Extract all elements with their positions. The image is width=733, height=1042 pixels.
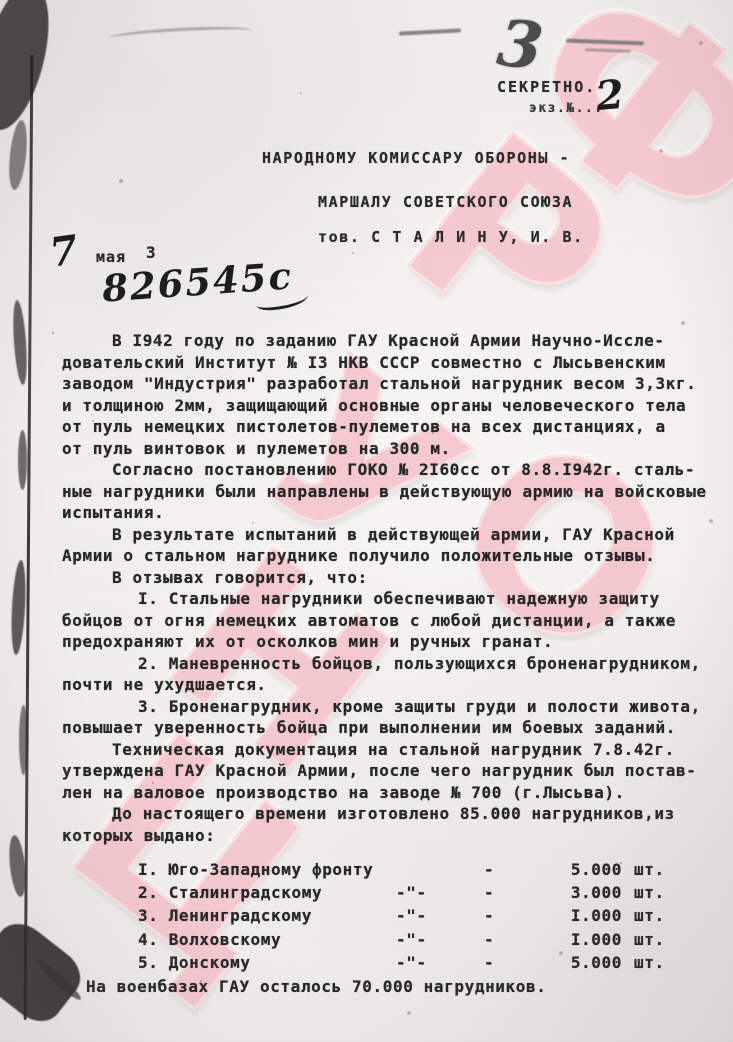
table-cell: 3. Ленинградскому [138, 904, 396, 927]
paragraph: В отзывах говорится, что: [62, 567, 714, 589]
allocation-table: I. Юго-Западному фронту-5.000шт.2. Стали… [62, 858, 714, 974]
table-cell: I. Юго-Западному фронту [138, 858, 396, 881]
text-line: почти не ухудшается. [62, 674, 714, 696]
document-content: 3 СЕКРЕТНО.- экз.№... 2 НАРОДНОМУ КОМИСС… [0, 0, 733, 1042]
table-cell: - [484, 904, 542, 927]
body-text: В I942 году по заданию ГАУ Красной Армии… [62, 330, 714, 998]
paragraph: Согласно постановлению ГОКО № 2I60сс от … [62, 459, 714, 524]
table-cell: шт. [634, 881, 665, 904]
date-month: мая [96, 248, 126, 266]
text-line: В I942 году по заданию ГАУ Красной Армии… [62, 330, 714, 352]
paragraph: 3. Броненагрудник, кроме защиты груди и … [62, 696, 714, 739]
text-line: 3. Броненагрудник, кроме защиты груди и … [62, 696, 714, 718]
paragraph: До настоящего времени изготовлено 85.000… [62, 803, 714, 846]
table-cell: I.000 [542, 904, 622, 927]
paragraphs: В I942 году по заданию ГАУ Красной Армии… [62, 330, 714, 846]
text-line: испытания. [62, 502, 714, 524]
text-line: которых выдано: [62, 825, 714, 847]
table-row: 5. Донскому-"--5.000шт. [62, 951, 714, 974]
table-cell: шт. [634, 904, 665, 927]
table-row: 2. Сталинградскому-"--3.000шт. [62, 881, 714, 904]
page-number-pencil: 3 [494, 6, 547, 86]
table-cell: шт. [634, 928, 665, 951]
text-line: I. Стальные нагрудники обеспечивают наде… [62, 588, 714, 610]
stray-digit: 3 [146, 243, 157, 262]
text-line: ные нагрудники были направлены в действу… [62, 481, 714, 503]
text-line: лен на валовое производство на заводе № … [62, 782, 714, 804]
pencil-dash [585, 48, 631, 53]
table-cell: 5.000 [542, 951, 622, 974]
text-line: бойцов от огня немецких автоматов с любо… [62, 610, 714, 632]
table-cell: -"- [396, 881, 484, 904]
text-line: 2. Маневренность бойцов, пользующихся бр… [62, 653, 714, 675]
table-cell: шт. [634, 858, 665, 881]
text-line: от пуль немецких пистолетов-пулеметов на… [62, 416, 714, 438]
table-row: 3. Ленинградскому-"--I.000шт. [62, 904, 714, 927]
table-cell: 4. Волховскому [138, 928, 396, 951]
table-row: 4. Волховскому-"--I.000шт. [62, 928, 714, 951]
recipient-line: тов. С Т А Л И Н У, И. В. [318, 228, 584, 246]
pencil-dash [566, 39, 644, 46]
text-line: До настоящего времени изготовлено 85.000… [62, 803, 714, 825]
table-cell: -"- [396, 904, 484, 927]
text-line: В отзывах говорится, что: [62, 567, 714, 589]
text-line: повышает уверенность бойца при выполнени… [62, 717, 714, 739]
copy-number-label: экз.№... [529, 101, 604, 116]
table-cell: - [484, 928, 542, 951]
table-row: I. Юго-Западному фронту-5.000шт. [62, 858, 714, 881]
paragraph: Техническая документация на стальной наг… [62, 739, 714, 804]
table-cell: - [484, 951, 542, 974]
table-cell: - [484, 881, 542, 904]
pencil-dash [399, 28, 461, 35]
table-cell: шт. [634, 951, 665, 974]
table-cell: 2. Сталинградскому [138, 881, 396, 904]
text-line: довательский Институт № I3 НКВ СССР совм… [62, 352, 714, 374]
paragraph: I. Стальные нагрудники обеспечивают наде… [62, 588, 714, 653]
text-line: предохраняют их от осколков мин и ручных… [62, 631, 714, 653]
table-cell [396, 858, 484, 881]
text-line: В результате испытаний в действующей арм… [62, 524, 714, 546]
table-cell: I.000 [542, 928, 622, 951]
date-day-handwritten: 7 [47, 226, 81, 276]
recipient-line: НАРОДНОМУ КОМИССАРУ ОБОРОНЫ - [262, 149, 570, 167]
pencil-stroke [108, 24, 253, 45]
text-line: и толщиною 2мм, защищающий основные орга… [62, 395, 714, 417]
copy-number-handwritten: 2 [594, 71, 626, 120]
text-line: утверждена ГАУ Красной Армии, после чего… [62, 760, 714, 782]
paragraph: В результате испытаний в действующей арм… [62, 524, 714, 567]
table-cell: 5.000 [542, 858, 622, 881]
paragraph: В I942 году по заданию ГАУ Красной Армии… [62, 330, 714, 459]
classification-label: СЕКРЕТНО.- [497, 78, 607, 96]
text-line: Согласно постановлению ГОКО № 2I60сс от … [62, 459, 714, 481]
table-cell: -"- [396, 928, 484, 951]
text-line: Армии о стальном нагруднике получило пол… [62, 545, 714, 567]
document-page: ЦНУОРФ 3 СЕКРЕТНО.- экз.№... 2 НАРОДНОМУ… [0, 0, 733, 1042]
text-line: Техническая документация на стальной наг… [62, 739, 714, 761]
recipient-line: МАРШАЛУ СОВЕТСКОГО СОЮЗА [318, 193, 573, 211]
table-cell: -"- [396, 951, 484, 974]
paragraph: 2. Маневренность бойцов, пользующихся бр… [62, 653, 714, 696]
table-cell: 3.000 [542, 881, 622, 904]
table-cell: - [484, 858, 542, 881]
text-line: от пуль винтовок и пулеметов на 300 м. [62, 438, 714, 460]
table-cell: 5. Донскому [138, 951, 396, 974]
closing-line: На военбазах ГАУ осталось 70.000 нагрудн… [62, 976, 714, 998]
text-line: заводом "Индустрия" разработал стальной … [62, 373, 714, 395]
paper-speckles [0, 0, 2, 2]
